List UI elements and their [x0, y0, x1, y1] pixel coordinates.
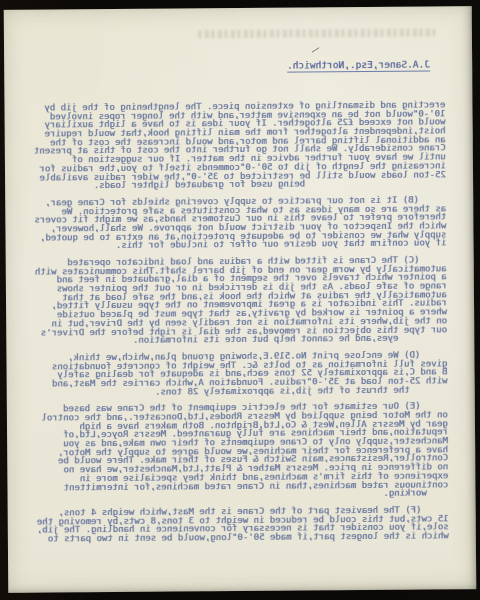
letter-page: J.A.Saner,Esq.,Northwich. erecting and d…: [4, 6, 477, 593]
paragraph: (E) Our estimate for the electric equipm…: [33, 403, 449, 502]
recipient-line: J.A.Saner,Esq.,Northwich.: [287, 60, 430, 72]
paragraph: (D) We enclose print No.519.E,showing gr…: [32, 351, 447, 398]
letter-line: the thrust of the jib,is approximately 2…: [33, 386, 448, 398]
letter-line: being used for graduated lighter loads.: [31, 180, 446, 192]
paragraph: (F) The heaviest part of the Crane is th…: [34, 506, 449, 544]
mirrored-content: J.A.Saner,Esq.,Northwich. erecting and d…: [4, 6, 477, 593]
paragraph: (C) The Crane is fitted with a radius an…: [32, 256, 448, 346]
paragraph: (B) It is not our practice to supply cov…: [31, 196, 446, 251]
paragraph: erecting and dismantling of extension pi…: [30, 101, 446, 191]
letter-line: which is the longest part,if made 50'-0"…: [34, 532, 449, 544]
letter-line: eyes,and he cannot help but note its inf…: [32, 335, 447, 347]
letter-body: erecting and dismantling of extension pi…: [30, 101, 448, 544]
letter-line: working.: [34, 490, 449, 502]
letter-line: if you confirm that you desire our offer…: [32, 240, 447, 252]
